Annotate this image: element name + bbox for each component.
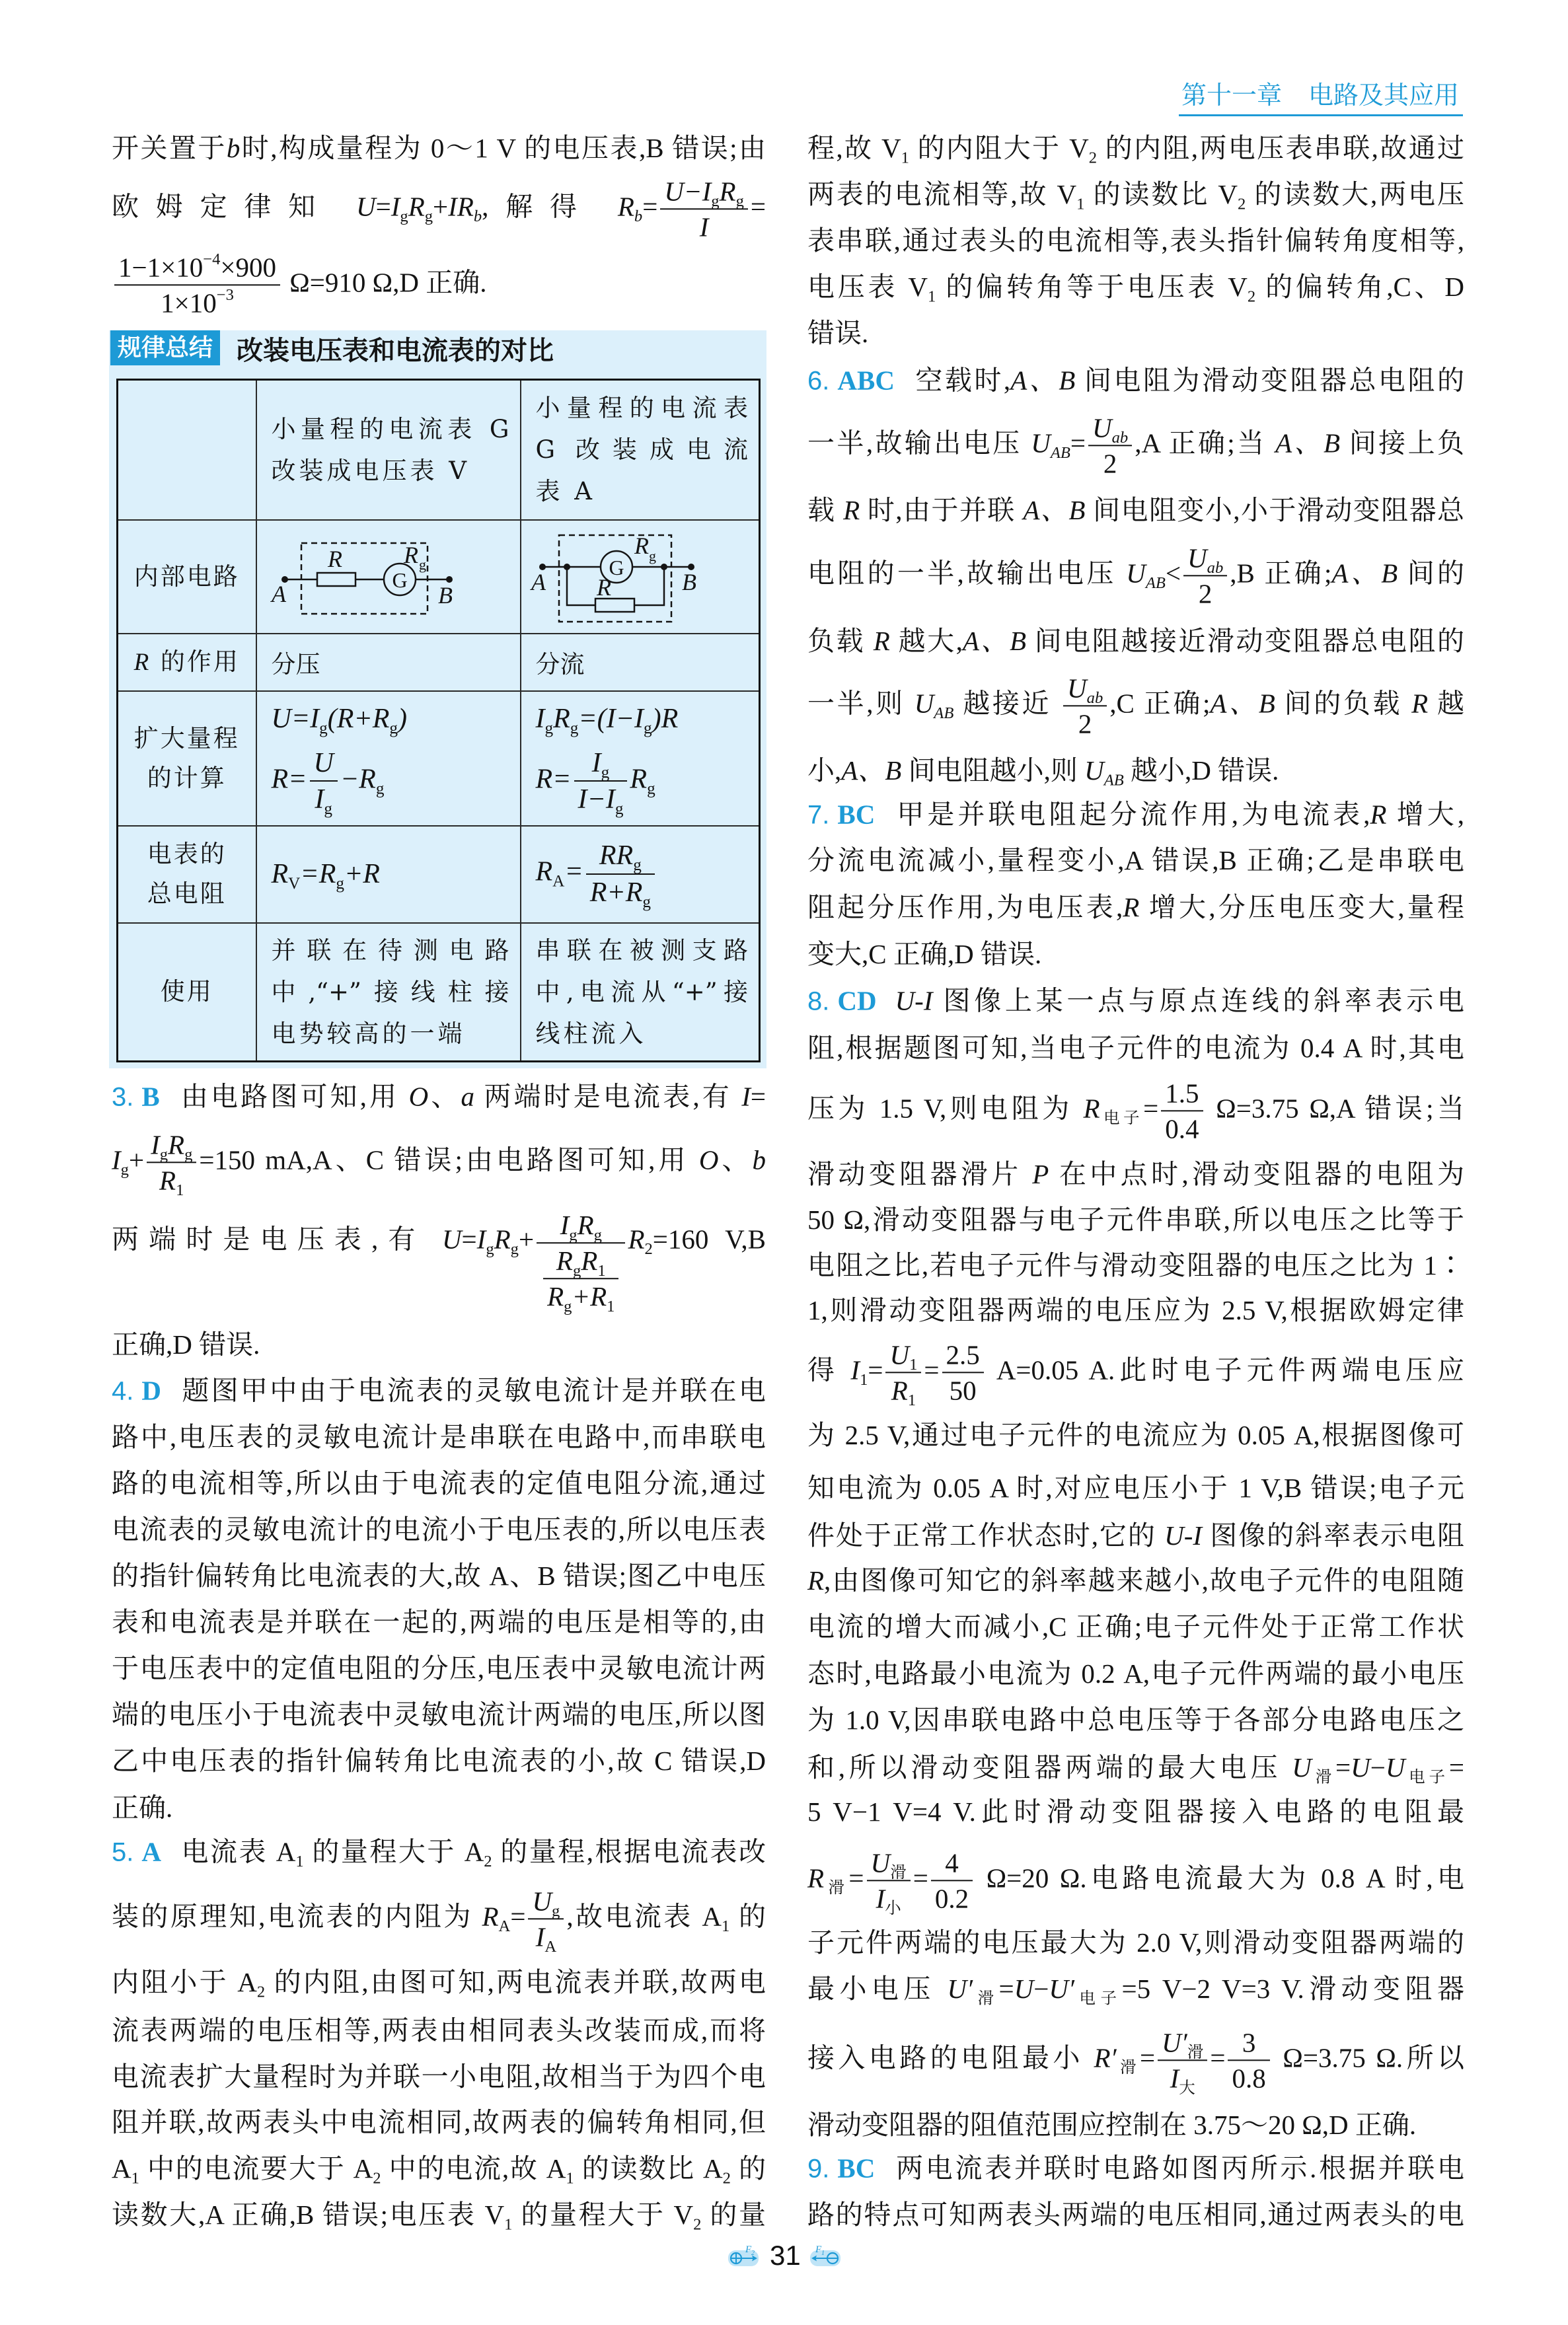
text: 端的电压小于电流表中灵敏电流计两端的电压,所以图 xyxy=(112,1699,766,1730)
text: 增大,分压电压变大,量程 xyxy=(1139,892,1464,922)
math-variable: )R xyxy=(652,704,679,734)
table-cell: RA=RRgR+Rg xyxy=(521,826,760,923)
subscript: 电子 xyxy=(1405,1769,1448,1787)
formula: U=Ig(R+Rg) xyxy=(272,700,509,737)
text: 和,所以滑动变阻器两端的最大电压 xyxy=(807,1752,1292,1783)
answer-5-line: 两表的电流相等,故 V1 的读数比 V2 的读数大,两电压 xyxy=(807,177,1464,211)
cell-line: G 改装成电流 xyxy=(536,429,749,470)
answer-3-line: 两端时是电压表,有 U=IgRg+IgRgRgR1Rg+R1R2=160 V,B xyxy=(112,1171,766,1313)
answer-7-line: 变大,C 正确,D 错误. xyxy=(807,937,1464,971)
text: 一半,故输出电压 xyxy=(807,427,1031,458)
fraction-denominator: 50 xyxy=(942,1374,984,1407)
text: ×900 xyxy=(220,252,276,282)
header-cell-empty xyxy=(118,380,256,520)
subscript: 大 xyxy=(1179,2079,1195,2097)
text: 越接近 xyxy=(953,688,1061,718)
answer-7-line: 阻起分压作用,为电压表,R 增大,分压电压变大,量程 xyxy=(807,890,1464,924)
terminal-b-label: B xyxy=(682,569,696,595)
math-variable: U′ xyxy=(1049,1974,1074,2004)
formula: R=IgI−IgRg xyxy=(536,747,749,817)
fraction: UIg xyxy=(310,747,338,817)
header-cell-voltmeter: 小量程的电流表 G 改装成电压表 V xyxy=(256,380,521,520)
text: = xyxy=(1210,2042,1225,2073)
text: Ω=910 Ω,D 正确. xyxy=(283,267,486,297)
label-line: 扩大量程 xyxy=(118,719,256,758)
fraction: Uab2 xyxy=(1088,412,1132,480)
text-line: 欧姆定律知 U=IgRg+IRb,解得 Rb=U−IgRgI= xyxy=(112,175,766,243)
math-variable: U xyxy=(889,1339,909,1370)
answer-5-line: 表串联,通过表头的电流相等,表头指针偏转角度相等, xyxy=(807,223,1464,258)
table-cell: U=Ig(R+Rg) R=UIg−Rg xyxy=(256,691,521,826)
fraction-denominator: 1×10−3 xyxy=(114,286,280,320)
answer-key: CD xyxy=(837,986,876,1016)
math-variable: U xyxy=(1084,755,1104,786)
subscript: g xyxy=(184,1146,192,1163)
text: ,故电流表 A xyxy=(566,1901,722,1931)
math-variable: U=I xyxy=(272,704,320,734)
text: = xyxy=(924,1354,939,1385)
text: 压为 1.5 V,则电阻为 xyxy=(807,1093,1083,1123)
fraction-numerator: U滑 xyxy=(867,1847,911,1881)
math-variable: R+R xyxy=(590,877,643,908)
junction-dot xyxy=(564,564,570,570)
row-label: R 的作用 xyxy=(118,634,256,691)
text: 为 1.0 V,因串联电路中总电压等于各部分电路电压之 xyxy=(807,1705,1464,1735)
answer-4-line: 乙中电压表的指针偏转角比电流表的小,故 C 错误,D xyxy=(112,1744,766,1778)
subscript: 1 xyxy=(504,2216,512,2234)
junction-dot xyxy=(661,564,667,570)
fraction-numerator: 1−1×10−4×900 xyxy=(114,251,280,285)
text-line: 1−1×10−4×9001×10−3 Ω=910 Ω,D 正确. xyxy=(112,251,766,319)
math-variable: U xyxy=(1092,412,1112,443)
text: 、 xyxy=(428,1082,461,1112)
text: 3 xyxy=(1242,2027,1256,2057)
text-line: 开关置于b时,构成量程为 0～1 V 的电压表,B 错误;由 xyxy=(112,131,766,165)
subscript: g xyxy=(570,719,579,737)
fraction-denominator: 2 xyxy=(1088,447,1132,480)
table-row-usage: 使用 并联在待测电路 中,“+”接线柱接 电势较高的一端 串联在被测支路 中,电… xyxy=(118,923,760,1062)
text: 电流表的灵敏电流计的电流小于电压表的,所以电压表 xyxy=(112,1514,766,1545)
question-number: 7. xyxy=(807,801,829,830)
math-variable: I xyxy=(536,1922,545,1952)
text: 欧姆定律知 xyxy=(112,191,356,221)
fraction-numerator: Ig xyxy=(574,747,628,782)
fraction: IgRgRgR1Rg+R1 xyxy=(537,1171,625,1313)
math-variable: R xyxy=(547,1282,564,1312)
text: 读数大,A 正确,B 错误;电压表 V xyxy=(112,2199,504,2230)
text: 的内阻,两电压表串联,故通过 xyxy=(1097,133,1464,163)
question-number: 6. xyxy=(807,367,829,396)
text: 电阻之比,若电子元件与滑动变阻器的电压之比为 1∶ xyxy=(807,1250,1464,1280)
text: Ω=3.75 Ω.所以 xyxy=(1273,2042,1464,2073)
math-variable: R xyxy=(807,1565,824,1596)
answer-label: 8.CD xyxy=(807,986,877,1016)
table-cell: IgRg=(I−Ig)R R=IgI−IgRg xyxy=(521,691,760,826)
header-underline xyxy=(1179,114,1463,116)
chapter-title: 电路及其应用 xyxy=(1308,81,1459,110)
math-variable: R xyxy=(168,1129,184,1160)
subscript: 2 xyxy=(1089,149,1097,167)
answer-6-line: 小,A、B 间电阻越小,则 UAB 越小,D 错误. xyxy=(807,753,1464,788)
answer-8-line: 态时,电路最小电流为 0.2 A,电子元件两端的最小电压 xyxy=(807,1656,1464,1691)
subscript: 1 xyxy=(722,1917,729,1935)
math-variable: I xyxy=(391,191,400,221)
force-subscript: 1 xyxy=(821,2250,825,2257)
text: = xyxy=(510,1901,525,1931)
answer-6-line: 一半,则 UAB 越接近 Uab2,C 正确;A、B 间的负载 R 越 xyxy=(807,672,1464,740)
subscript: g xyxy=(647,780,655,797)
answer-6-line: 载 R 时,由于并联 A、B 间电阻变小,小于滑动变阻器总 xyxy=(807,493,1464,527)
positive-charge-force-icon: F 2 xyxy=(727,2242,760,2268)
text: 阻并联,故两表头中电流相同,故两表的偏转角相同,但 xyxy=(112,2107,766,2137)
answer-8-line: 滑动变阻器的阻值范围应控制在 3.75～20 Ω,D 正确. xyxy=(807,2108,1464,2142)
subscript: g xyxy=(545,719,554,737)
subscript: AB xyxy=(1051,444,1070,462)
text: 题图甲中由于电流表的灵敏电流计是并联在电 xyxy=(180,1376,766,1406)
math-variable: −R xyxy=(340,764,376,794)
text: = xyxy=(848,1863,864,1893)
text: 两表的电流相等,故 V xyxy=(807,179,1076,209)
text: 空载时, xyxy=(913,365,1010,396)
text: 的读数大,两电压 xyxy=(1246,179,1464,209)
text: 乙中电压表的指针偏转角比电流表的小,故 C 错误,D xyxy=(112,1746,766,1776)
math-variable: U′ xyxy=(947,1974,973,2004)
answer-8-line: 压为 1.5 V,则电阻为 R电子=1.50.4 Ω=3.75 Ω,A 错误;当 xyxy=(807,1077,1464,1145)
text: 50 Ω,滑动变阻器与电子元件串联,所以电压之比等于 xyxy=(807,1204,1464,1235)
text: 0.8 xyxy=(1232,2063,1265,2094)
subscript: 1 xyxy=(597,1262,605,1280)
text: 50 xyxy=(950,1376,977,1406)
text: 2 xyxy=(1199,579,1213,609)
math-variable: I xyxy=(315,784,324,815)
table-cell: 并联在待测电路 中,“+”接线柱接 电势较高的一端 xyxy=(256,923,521,1062)
text: 1,则滑动变阻器两端的电压应为 2.5 V,根据欧姆定律 xyxy=(807,1295,1464,1325)
subscript: g xyxy=(615,800,624,818)
text: 的量程大于 V xyxy=(512,2199,693,2230)
math-variable: R xyxy=(1123,892,1139,922)
text: Ω=3.75 Ω,A 错误;当 xyxy=(1206,1093,1464,1123)
math-variable: I−I xyxy=(578,784,615,815)
fraction: 2.550 xyxy=(942,1339,984,1407)
subscript: 1 xyxy=(909,1356,917,1374)
answer-3-line: 正确,D 错误. xyxy=(112,1327,766,1362)
subscript: A xyxy=(499,1917,511,1935)
text: = xyxy=(751,1082,766,1112)
math-variable: RR xyxy=(599,840,633,871)
text: 变大,C 正确,D 错误. xyxy=(807,939,1041,969)
fraction: RgR1Rg+R1 xyxy=(543,1245,618,1313)
header-cell-ammeter: 小量程的电流表 G 改装成电流 表 A xyxy=(521,380,760,520)
question-number: 8. xyxy=(807,987,829,1016)
subscript: 滑 xyxy=(1187,2044,1204,2061)
answer-8-line: 为 2.5 V,通过电子元件的电流应为 0.05 A,根据图像可 xyxy=(807,1418,1464,1452)
text: A=0.05 A.此时电子元件两端电压应 xyxy=(987,1354,1464,1385)
fraction-numerator: Uab xyxy=(1088,412,1132,446)
subscript: ab xyxy=(1207,559,1224,577)
math-variable: U xyxy=(1351,1752,1370,1783)
subscript: 1 xyxy=(607,1298,615,1315)
text: 的量程,根据电流表改 xyxy=(492,1837,766,1867)
answer-7-line: 分流电流减小,量程变小,A 错误,B 正确;乙是串联电 xyxy=(807,843,1464,877)
text: 阻起分压作用,为电压表, xyxy=(807,892,1123,922)
fraction-denominator: I xyxy=(660,210,748,244)
fraction-denominator: 0.4 xyxy=(1161,1112,1203,1146)
math-variable: +R xyxy=(344,859,380,889)
text: 图像的斜率表示电阻 xyxy=(1202,1520,1464,1551)
row-label: 扩大量程 的计算 xyxy=(118,691,256,826)
text: 一半,则 xyxy=(807,688,915,718)
cell-line: 中,电流从“+”接 xyxy=(536,971,749,1013)
subscript: 2 xyxy=(693,2216,701,2234)
fraction-numerator: RRg xyxy=(586,839,655,874)
text: 间接上负 xyxy=(1340,427,1464,458)
text: 由电路图可知,用 xyxy=(178,1082,409,1112)
answer-5-line: 内阻小于 A2 的内阻,由图可知,两电流表并联,故两电 xyxy=(112,1965,766,1999)
fraction: U′滑I大 xyxy=(1158,2026,1207,2094)
text: ,C 正确; xyxy=(1109,688,1210,718)
math-variable: I xyxy=(850,1354,860,1385)
text: = xyxy=(1140,2042,1155,2073)
text: 的作用 xyxy=(151,647,240,676)
text: 件处于正常工作状态时,它的 xyxy=(807,1520,1164,1551)
math-variable: U xyxy=(871,1847,891,1878)
comparison-table: 小量程的电流表 G 改装成电压表 V 小量程的电流表 G 改装成电流 表 A 内… xyxy=(116,379,761,1062)
math-variable: A、B xyxy=(1023,495,1085,525)
subscript: g xyxy=(400,207,408,225)
table-cell: 分压 xyxy=(256,634,521,691)
fraction-numerator: U1 xyxy=(885,1339,921,1373)
resistor-icon xyxy=(595,599,634,612)
math-variable: U′ xyxy=(1162,2027,1187,2057)
text: = xyxy=(1070,427,1086,458)
answer-6-line: 电阻的一半,故输出电压 UAB<Uab2,B 正确;A、B 间的 xyxy=(807,542,1464,610)
text: 的指针偏转角比电流表的大,故 A、B 错误;图乙中电压 xyxy=(112,1561,766,1591)
math-variable: I xyxy=(741,1082,751,1112)
math-variable: U−I xyxy=(664,176,711,206)
rg-subscript: g xyxy=(419,556,426,573)
cell-line: 线柱流入 xyxy=(536,1013,749,1054)
text: ,由图像可知它的斜率越来越小,故电子元件的电阻随 xyxy=(824,1565,1464,1596)
subscript: g xyxy=(160,1146,168,1163)
subscript: g xyxy=(511,1240,519,1258)
text: − xyxy=(1033,1974,1049,2004)
subscript: g xyxy=(425,207,433,225)
answer-label: 6.ABC xyxy=(807,365,895,396)
answer-4-line: 于电压表中的定值电阻的分压,电压表中灵敏电流计两 xyxy=(112,1651,766,1685)
summary-title: 改装电压表和电流表的对比 xyxy=(237,330,554,369)
subscript: 2 xyxy=(257,1983,265,2001)
text: 的读数比 V xyxy=(1084,179,1238,209)
fraction: UgIA xyxy=(528,1885,564,1953)
subscript: 滑 xyxy=(1117,2059,1140,2077)
subscript: 2 xyxy=(1248,288,1255,306)
text: 负载 xyxy=(807,626,874,656)
text: 间电阻变小,小于滑动变阻器总 xyxy=(1085,495,1464,525)
math-variable: R xyxy=(482,1901,499,1931)
cell-line: 表 A xyxy=(536,470,749,512)
table-row-circuit: 内部电路 G R xyxy=(118,520,760,634)
formula: IgRg=(I−Ig)R xyxy=(536,700,749,737)
math-variable: a xyxy=(461,1082,474,1112)
fraction-denominator: IA xyxy=(528,1920,564,1954)
math-variable: A、B xyxy=(841,755,901,786)
resistor-label: R xyxy=(327,546,342,572)
answer-8-line: 阻,根据题图可知,当电子元件的电流为 0.4 A 时,其电 xyxy=(807,1031,1464,1065)
math-variable: R xyxy=(581,1245,597,1276)
ammeter-circuit-cell: G R g R A B xyxy=(521,520,760,634)
subscript: 滑 xyxy=(1312,1769,1335,1787)
text: 滑动变阻器的阻值范围应控制在 3.75～20 Ω,D 正确. xyxy=(807,2110,1416,2140)
answer-8-line: 接入电路的电阻最小 R′滑=U′滑I大=30.8 Ω=3.75 Ω.所以 xyxy=(807,2026,1464,2094)
subscript: g xyxy=(336,875,344,893)
answer-5-line: 电压表 V1 的偏转角等于电压表 V2 的偏转角,C、D xyxy=(807,270,1464,304)
text: 的内阻大于 V xyxy=(909,133,1089,163)
text: 间的负载 xyxy=(1275,688,1411,718)
text: 的内阻,由图可知,两电流表并联,故两电 xyxy=(265,1967,766,1997)
cell-line: 小量程的电流表 xyxy=(536,387,749,429)
math-variable: U xyxy=(915,688,934,718)
text: 电流表扩大量程时为并联一小电阻,故相当于为四个电 xyxy=(112,2061,766,2092)
subscript: AB xyxy=(1146,574,1166,592)
math-variable: O xyxy=(409,1082,429,1112)
math-variable: R xyxy=(628,1224,644,1254)
fraction-numerator: 1.5 xyxy=(1161,1077,1203,1111)
fraction-numerator: IgRg xyxy=(537,1171,625,1243)
chapter-number: 第十一章 xyxy=(1181,81,1282,110)
rg-subscript: g xyxy=(649,548,656,564)
subscript: 2 xyxy=(723,2170,731,2188)
text: 错误. xyxy=(807,318,868,348)
text: − xyxy=(1370,1752,1386,1783)
math-variable: R xyxy=(272,859,289,889)
text: < xyxy=(1166,558,1181,588)
answer-8-line: 电阻之比,若电子元件与滑动变阻器的电压之比为 1∶ xyxy=(807,1248,1464,1282)
text: = xyxy=(999,1974,1014,2004)
text: = xyxy=(1143,1093,1158,1123)
answer-key: ABC xyxy=(837,365,895,396)
text: 的量程大于 A xyxy=(304,1837,484,1867)
math-variable: U xyxy=(1014,1974,1034,2004)
subscript: 1 xyxy=(1076,196,1084,213)
text: = xyxy=(1449,1752,1464,1783)
text: 两端时是电压表,有 xyxy=(112,1224,442,1254)
subscript: g xyxy=(644,719,652,737)
subscript: g xyxy=(633,856,642,874)
text: 0.4 xyxy=(1165,1114,1199,1144)
subscript: g xyxy=(324,800,332,818)
math-variable: R xyxy=(618,191,634,221)
text: 2 xyxy=(1078,709,1092,739)
subscript: A xyxy=(552,872,564,890)
text: 间电阻越小,则 xyxy=(901,755,1084,786)
answer-key: BC xyxy=(837,2153,875,2184)
text: 0.2 xyxy=(935,1884,969,1914)
text: = xyxy=(642,191,657,221)
text: 流表两端的电压相等,两表由相同表头改装而成,而将 xyxy=(112,2015,766,2046)
text: 态时,电路最小电流为 0.2 A,电子元件两端的最小电压 xyxy=(807,1658,1464,1689)
answer-key: B xyxy=(141,1082,159,1112)
table-row-resistance: 电表的 总电阻 RV=Rg+R RA=RRgR+Rg xyxy=(118,826,760,923)
fraction-denominator: 0.8 xyxy=(1228,2061,1269,2095)
math-variable: I xyxy=(700,212,709,242)
text: 的读数比 A xyxy=(574,2153,723,2184)
text: 开关置于 xyxy=(112,133,227,163)
answer-4-line: 表和电流表是并联在一起的,两端的电压是相等的,由 xyxy=(112,1605,766,1639)
text: 得 xyxy=(807,1354,850,1385)
rg-label: R xyxy=(634,533,649,559)
math-variable: I xyxy=(477,1224,486,1254)
answer-4-line: 的指针偏转角比电流表的大,故 A、B 错误;图乙中电压 xyxy=(112,1559,766,1593)
question-number: 9. xyxy=(807,2155,829,2184)
text: 电压表 V xyxy=(807,272,928,302)
text: Ω=20 Ω.电路电流最大为 0.8 A 时,电 xyxy=(975,1863,1464,1893)
fraction-denominator: R1 xyxy=(885,1374,921,1407)
subscript: 电子 xyxy=(1100,1109,1143,1127)
superscript: −4 xyxy=(203,250,220,268)
math-variable: R= xyxy=(272,764,307,794)
subscript: 电子 xyxy=(1074,1990,1122,2008)
answer-label: 7.BC xyxy=(807,799,875,830)
text: 分流电流减小,量程变小,A 错误,B 正确;乙是串联电 xyxy=(807,845,1464,875)
text: 知电流为 0.05 A 时,对应电压小于 1 V,B 错误;电子元 xyxy=(807,1473,1464,1503)
text: 的偏转角等于电压表 V xyxy=(936,272,1248,302)
fraction: 1.50.4 xyxy=(1161,1077,1203,1145)
text: 中的电流要大于 A xyxy=(139,2153,373,2184)
text: 间的 xyxy=(1398,558,1464,588)
math-variable: I xyxy=(536,704,545,734)
text: 滑动变阻器滑片 xyxy=(807,1159,1032,1189)
answer-8-line: 5 V−1 V=4 V.此时滑动变阻器接入电路的电阻最 xyxy=(807,1794,1464,1829)
text: 2 xyxy=(1103,449,1117,479)
text: 1.5 xyxy=(1165,1078,1199,1108)
answer-8-line: 子元件两端的电压最大为 2.0 V,则滑动变阻器两端的 xyxy=(807,1925,1464,1960)
answer-6-line: 6.ABC空载时,A、B 间电阻为滑动变阻器总电阻的 xyxy=(807,363,1464,398)
table-header-row: 小量程的电流表 G 改装成电压表 V 小量程的电流表 G 改装成电流 表 A xyxy=(118,380,760,520)
subscript: ab xyxy=(1112,429,1129,447)
answer-8-line: 为 1.0 V,因串联电路中总电压等于各部分电路电压之 xyxy=(807,1703,1464,1737)
text: + xyxy=(433,191,448,221)
math-variable: =(I−I xyxy=(578,704,644,734)
fraction: Uab2 xyxy=(1183,542,1227,610)
answer-6-line: 负载 R 越大,A、B 间电阻越接近滑动变阻器总电阻的 xyxy=(807,624,1464,658)
answer-4-line: 电流表的灵敏电流计的电流小于电压表的,所以电压表 xyxy=(112,1512,766,1547)
answer-5-line: 错误. xyxy=(807,316,1464,350)
math-variable: I xyxy=(876,1884,885,1914)
answer-8-line: 1,则滑动变阻器两端的电压应为 2.5 V,根据欧姆定律 xyxy=(807,1293,1464,1327)
text: 最小电压 xyxy=(807,1974,947,2004)
answer-8-line: 最小电压 U′滑=U−U′电子=5 V−2 V=3 V.滑动变阻器 xyxy=(807,1972,1464,2006)
question-number: 3. xyxy=(112,1083,133,1112)
subscript: g xyxy=(573,1262,581,1280)
answer-9-line: 9.BC两电流表并联时电路如图丙所示.根据并联电 xyxy=(807,2151,1464,2186)
subscript: g xyxy=(552,1902,560,1920)
subscript: 滑 xyxy=(890,1864,907,1882)
text: + xyxy=(519,1224,534,1254)
label-line: 的计算 xyxy=(118,758,256,798)
math-variable: U xyxy=(442,1224,462,1254)
subscript: 1 xyxy=(860,1371,868,1389)
negative-charge-force-icon: F 1 xyxy=(809,2242,842,2268)
answer-4-line: 端的电压小于电流表中灵敏电流计两端的电压,所以图 xyxy=(112,1697,766,1732)
text: 时,构成量程为 0～1 V 的电压表,B 错误;由 xyxy=(240,133,766,163)
subscript: g xyxy=(642,893,651,910)
question-number: 4. xyxy=(112,1377,133,1406)
subscript: g xyxy=(569,1226,577,1244)
math-variable: A、B xyxy=(1210,688,1275,718)
subscript: 1 xyxy=(295,1853,303,1870)
text: 两电流表并联时电路如图丙所示.根据并联电 xyxy=(893,2153,1464,2184)
answer-8-line: 知电流为 0.05 A 时,对应电压小于 1 V,B 错误;电子元 xyxy=(807,1471,1464,1505)
